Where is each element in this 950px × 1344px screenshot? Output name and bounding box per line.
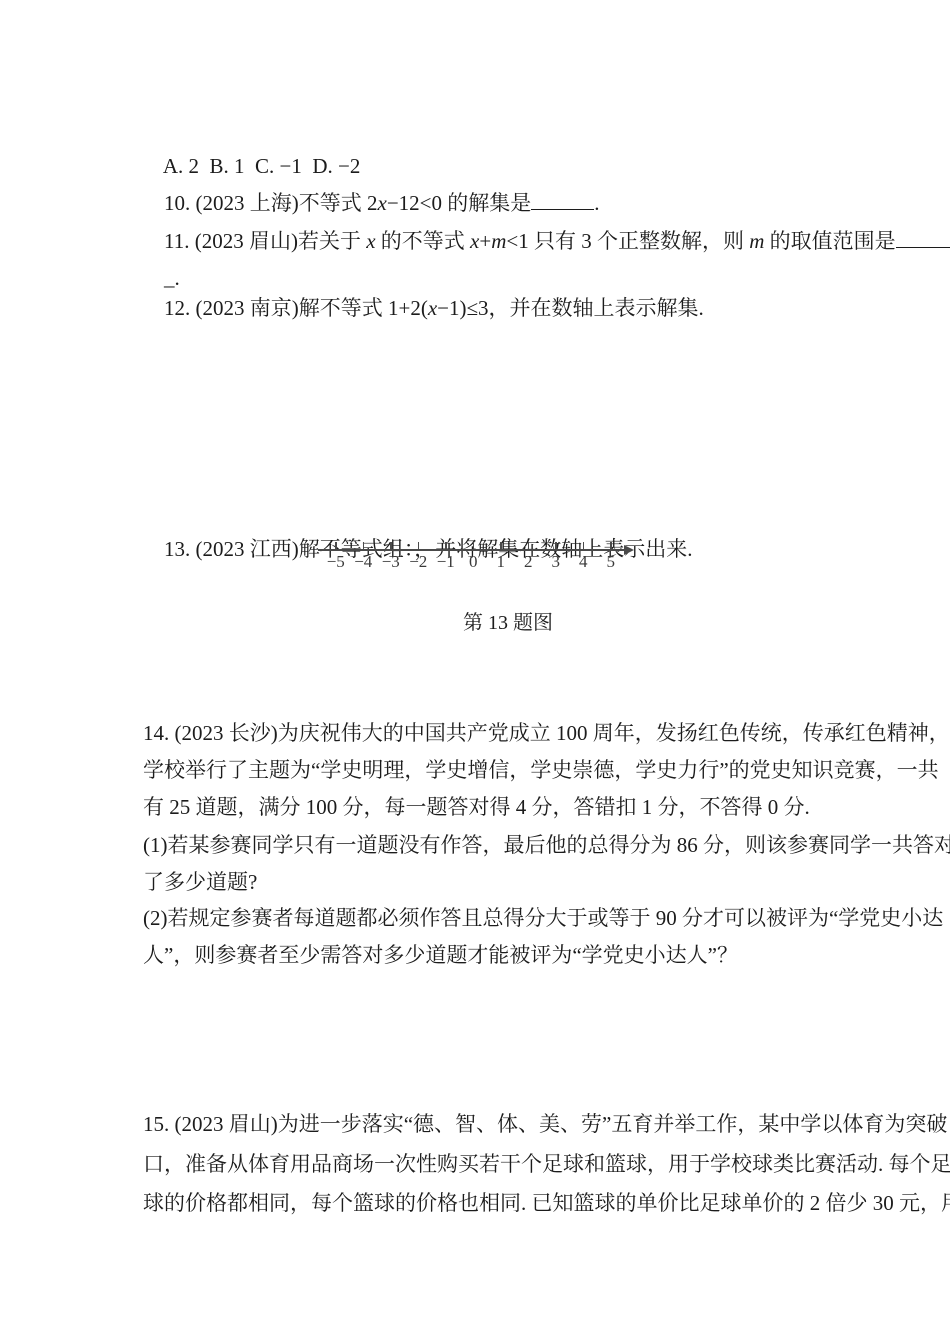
question-14-line-2: 学校举行了主题为“学史明理，学史增信，学史崇德，学史力行”的党史知识竞赛，一共 <box>143 758 939 783</box>
q15-text: 口，准备从体育用品商场一次性购买若干个足球和篮球，用于学校球类比赛活动. 每个足 <box>143 1152 950 1176</box>
tick-minus4: −4 <box>363 542 365 550</box>
q14-part2-text: (2)若规定参赛者每道题都必须作答且总得分大于或等于 90 分才可以被评为“学党… <box>143 906 943 930</box>
question-14-part2-line-2: 人”，则参赛者至少需答对多少道题才能被评为“学党史小达人”？ <box>143 943 738 968</box>
tick-label: 2 <box>524 552 533 572</box>
tick-minus3: −3 <box>390 542 392 550</box>
tick-label: −2 <box>409 552 427 572</box>
tick-2: 2 <box>528 542 530 550</box>
question-14-part2-line-1: (2)若规定参赛者每道题都必须作答且总得分大于或等于 90 分才可以被评为“学党… <box>143 906 943 931</box>
worksheet-page: A. 2 B. 1 C. −1 D. −2 10. (2023 上海)不等式 2… <box>0 0 950 1344</box>
tick-label: −4 <box>354 552 372 572</box>
q14-text: 有 25 道题，满分 100 分，每一题答对得 4 分，答错扣 1 分，不答得 … <box>143 795 810 819</box>
tick-minus1: −1 <box>445 542 447 550</box>
tick-label: 1 <box>497 552 506 572</box>
q12-text: 12. (2023 南京)解不等式 1+2( <box>164 296 428 320</box>
tick-minus2: −2 <box>418 542 420 550</box>
tick-4: 4 <box>583 542 585 550</box>
q14-text: 学校举行了主题为“学史明理，学史增信，学史崇德，学史力行”的党史知识竞赛，一共 <box>143 758 939 782</box>
question-12: 12. (2023 南京)解不等式 1+2(x−1)≤3，并在数轴上表示解集. <box>143 271 704 346</box>
question-14-line-3: 有 25 道题，满分 100 分，每一题答对得 4 分，答错扣 1 分，不答得 … <box>143 795 810 820</box>
number-line: −5 −4 −3 −2 −1 0 1 2 3 4 5 <box>318 542 648 580</box>
tick-label: 3 <box>552 552 561 572</box>
tick-label: −1 <box>437 552 455 572</box>
q11-text: 11. (2023 眉山)若关于 <box>164 229 366 253</box>
q11-text-mid3: 的取值范围是 <box>764 229 895 253</box>
number-line-arrow-icon <box>624 545 634 555</box>
tick-label: 0 <box>469 552 478 572</box>
question-15-line-2: 口，准备从体育用品商场一次性购买若干个足球和篮球，用于学校球类比赛活动. 每个足 <box>143 1152 950 1177</box>
q11-text-mid2: <1 只有 3 个正整数解，则 <box>506 229 749 253</box>
tick-5: 5 <box>610 542 612 550</box>
q12-text-suffix: −1)≤3，并在数轴上表示解集. <box>437 296 704 320</box>
q11-variable-x: x <box>366 229 375 253</box>
tick-0: 0 <box>473 542 475 550</box>
q11-variable-m2: m <box>749 229 764 253</box>
question-11-line-1: 11. (2023 眉山)若关于 x 的不等式 x+m<1 只有 3 个正整数解… <box>143 203 950 279</box>
tick-3: 3 <box>555 542 557 550</box>
question-14-part1-line-1: (1)若某参赛同学只有一道题没有作答，最后他的总得分为 86 分，则该参赛同学一… <box>143 833 950 858</box>
question-15-line-1: 15. (2023 眉山)为进一步落实“德、智、体、美、劳”五育并举工作，某中学… <box>143 1112 947 1137</box>
tick-1: 1 <box>500 542 502 550</box>
answer-blank <box>896 228 950 248</box>
q14-part1-text: (1)若某参赛同学只有一道题没有作答，最后他的总得分为 86 分，则该参赛同学一… <box>143 833 950 857</box>
caption-text: 第 13 题图 <box>463 612 553 634</box>
q11-text-mid1: 的不等式 <box>376 229 471 253</box>
figure-caption: 第 13 题图 <box>443 583 553 658</box>
q15-text: 15. (2023 眉山)为进一步落实“德、智、体、美、劳”五育并举工作，某中学… <box>143 1112 947 1136</box>
q11-variable-x2: x <box>470 229 479 253</box>
q11-variable-m: m <box>491 229 506 253</box>
q14-part1-text: 了多少道题? <box>143 870 257 894</box>
tick-label: −5 <box>327 552 345 572</box>
question-14-part1-line-2: 了多少道题? <box>143 870 257 895</box>
question-15-line-3: 球的价格都相同，每个篮球的价格也相同. 已知篮球的单价比足球单价的 2 倍少 3… <box>143 1191 950 1216</box>
tick-label: −3 <box>382 552 400 572</box>
tick-minus5: −5 <box>335 542 337 550</box>
q14-text: 14. (2023 长沙)为庆祝伟大的中国共产党成立 100 周年，发扬红色传统… <box>143 721 950 745</box>
q15-text: 球的价格都相同，每个篮球的价格也相同. 已知篮球的单价比足球单价的 2 倍少 3… <box>143 1191 950 1215</box>
q14-part2-text: 人”，则参赛者至少需答对多少道题才能被评为“学党史小达人”？ <box>143 943 738 967</box>
q12-variable-x: x <box>428 296 437 320</box>
tick-label: 5 <box>607 552 616 572</box>
tick-label: 4 <box>579 552 588 572</box>
q11-plus-sign: + <box>479 229 491 253</box>
question-14-line-1: 14. (2023 长沙)为庆祝伟大的中国共产党成立 100 周年，发扬红色传统… <box>143 721 950 746</box>
